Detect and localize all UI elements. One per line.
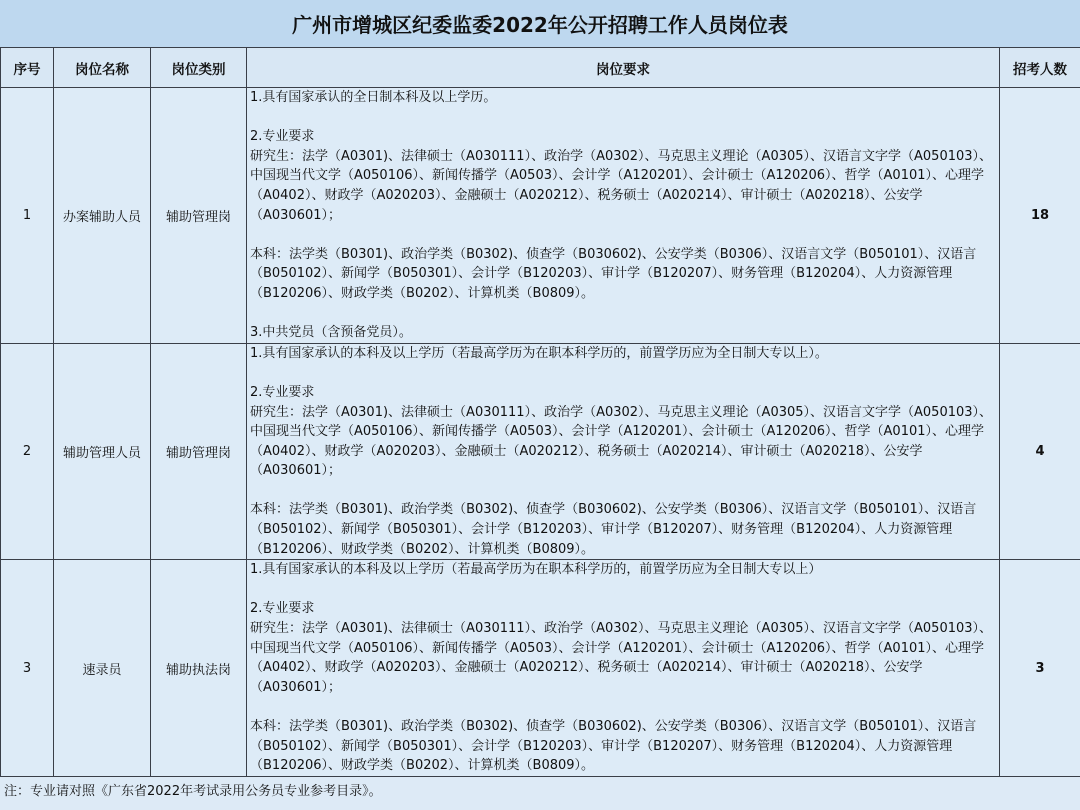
cell-requirements: 1.具有国家承认的本科及以上学历（若最高学历为在职本科学历的，前置学历应为全日制… [247, 560, 1000, 777]
cell-position-category: 辅助管理岗 [151, 88, 247, 344]
req-major-title: 2.专业要求 [250, 127, 997, 147]
req-undergrad-majors: 本科：法学类（B0301)、政治学类（B0302)、侦查学（B030602)、公… [250, 717, 997, 776]
req-undergrad-majors: 本科：法学类（B0301)、政治学类（B0302)、侦查学（B030602)、公… [250, 245, 997, 304]
req-major-title: 2.专业要求 [250, 383, 997, 403]
cell-no: 3 [1, 560, 54, 777]
table-header-row: 序号 岗位名称 岗位类别 岗位要求 招考人数 [1, 48, 1080, 88]
header-position-name: 岗位名称 [54, 48, 151, 88]
cell-position-name: 办案辅助人员 [54, 88, 151, 344]
page-title: 广州市增城区纪委监委2022年公开招聘工作人员岗位表 [292, 9, 788, 38]
req-major-title: 2.专业要求 [250, 599, 997, 619]
cell-no: 1 [1, 88, 54, 344]
cell-requirements: 1.具有国家承认的本科及以上学历（若最高学历为在职本科学历的，前置学历应为全日制… [247, 343, 1000, 560]
req-party-member: 3.中共党员（含预备党员）。 [250, 323, 997, 343]
footer-note: 注：专业请对照《广东省2022年考试录用公务员专业参考目录》。 [4, 780, 382, 799]
cell-position-category: 辅助执法岗 [151, 560, 247, 777]
req-education: 1.具有国家承认的本科及以上学历（若最高学历为在职本科学历的，前置学历应为全日制… [250, 560, 997, 580]
cell-no: 2 [1, 343, 54, 560]
cell-headcount: 18 [1000, 88, 1080, 344]
req-education: 1.具有国家承认的全日制本科及以上学历。 [250, 88, 997, 108]
req-undergrad-majors: 本科：法学类（B0301)、政治学类（B0302)、侦查学（B030602)、公… [250, 500, 997, 559]
req-graduate-majors: 研究生：法学（A0301)、法律硕士（A030111）、政治学（A0302）、马… [250, 619, 997, 697]
cell-requirements: 1.具有国家承认的全日制本科及以上学历。 2.专业要求 研究生：法学（A0301… [247, 88, 1000, 344]
table-row: 3 速录员 辅助执法岗 1.具有国家承认的本科及以上学历（若最高学历为在职本科学… [1, 560, 1080, 777]
req-graduate-majors: 研究生：法学（A0301)、法律硕士（A030111）、政治学（A0302）、马… [250, 147, 997, 225]
req-education: 1.具有国家承认的本科及以上学历（若最高学历为在职本科学历的，前置学历应为全日制… [250, 344, 997, 364]
cell-position-category: 辅助管理岗 [151, 343, 247, 560]
title-bar: 广州市增城区纪委监委2022年公开招聘工作人员岗位表 [0, 0, 1080, 47]
header-position-category: 岗位类别 [151, 48, 247, 88]
table-row: 2 辅助管理人员 辅助管理岗 1.具有国家承认的本科及以上学历（若最高学历为在职… [1, 343, 1080, 560]
cell-position-name: 辅助管理人员 [54, 343, 151, 560]
cell-headcount: 3 [1000, 560, 1080, 777]
job-positions-table: 序号 岗位名称 岗位类别 岗位要求 招考人数 1 办案辅助人员 辅助管理岗 1.… [0, 47, 1080, 777]
header-headcount: 招考人数 [1000, 48, 1080, 88]
cell-headcount: 4 [1000, 343, 1080, 560]
table-row: 1 办案辅助人员 辅助管理岗 1.具有国家承认的全日制本科及以上学历。 2.专业… [1, 88, 1080, 344]
cell-position-name: 速录员 [54, 560, 151, 777]
req-graduate-majors: 研究生：法学（A0301)、法律硕士（A030111）、政治学（A0302）、马… [250, 403, 997, 481]
header-no: 序号 [1, 48, 54, 88]
header-requirements: 岗位要求 [247, 48, 1000, 88]
